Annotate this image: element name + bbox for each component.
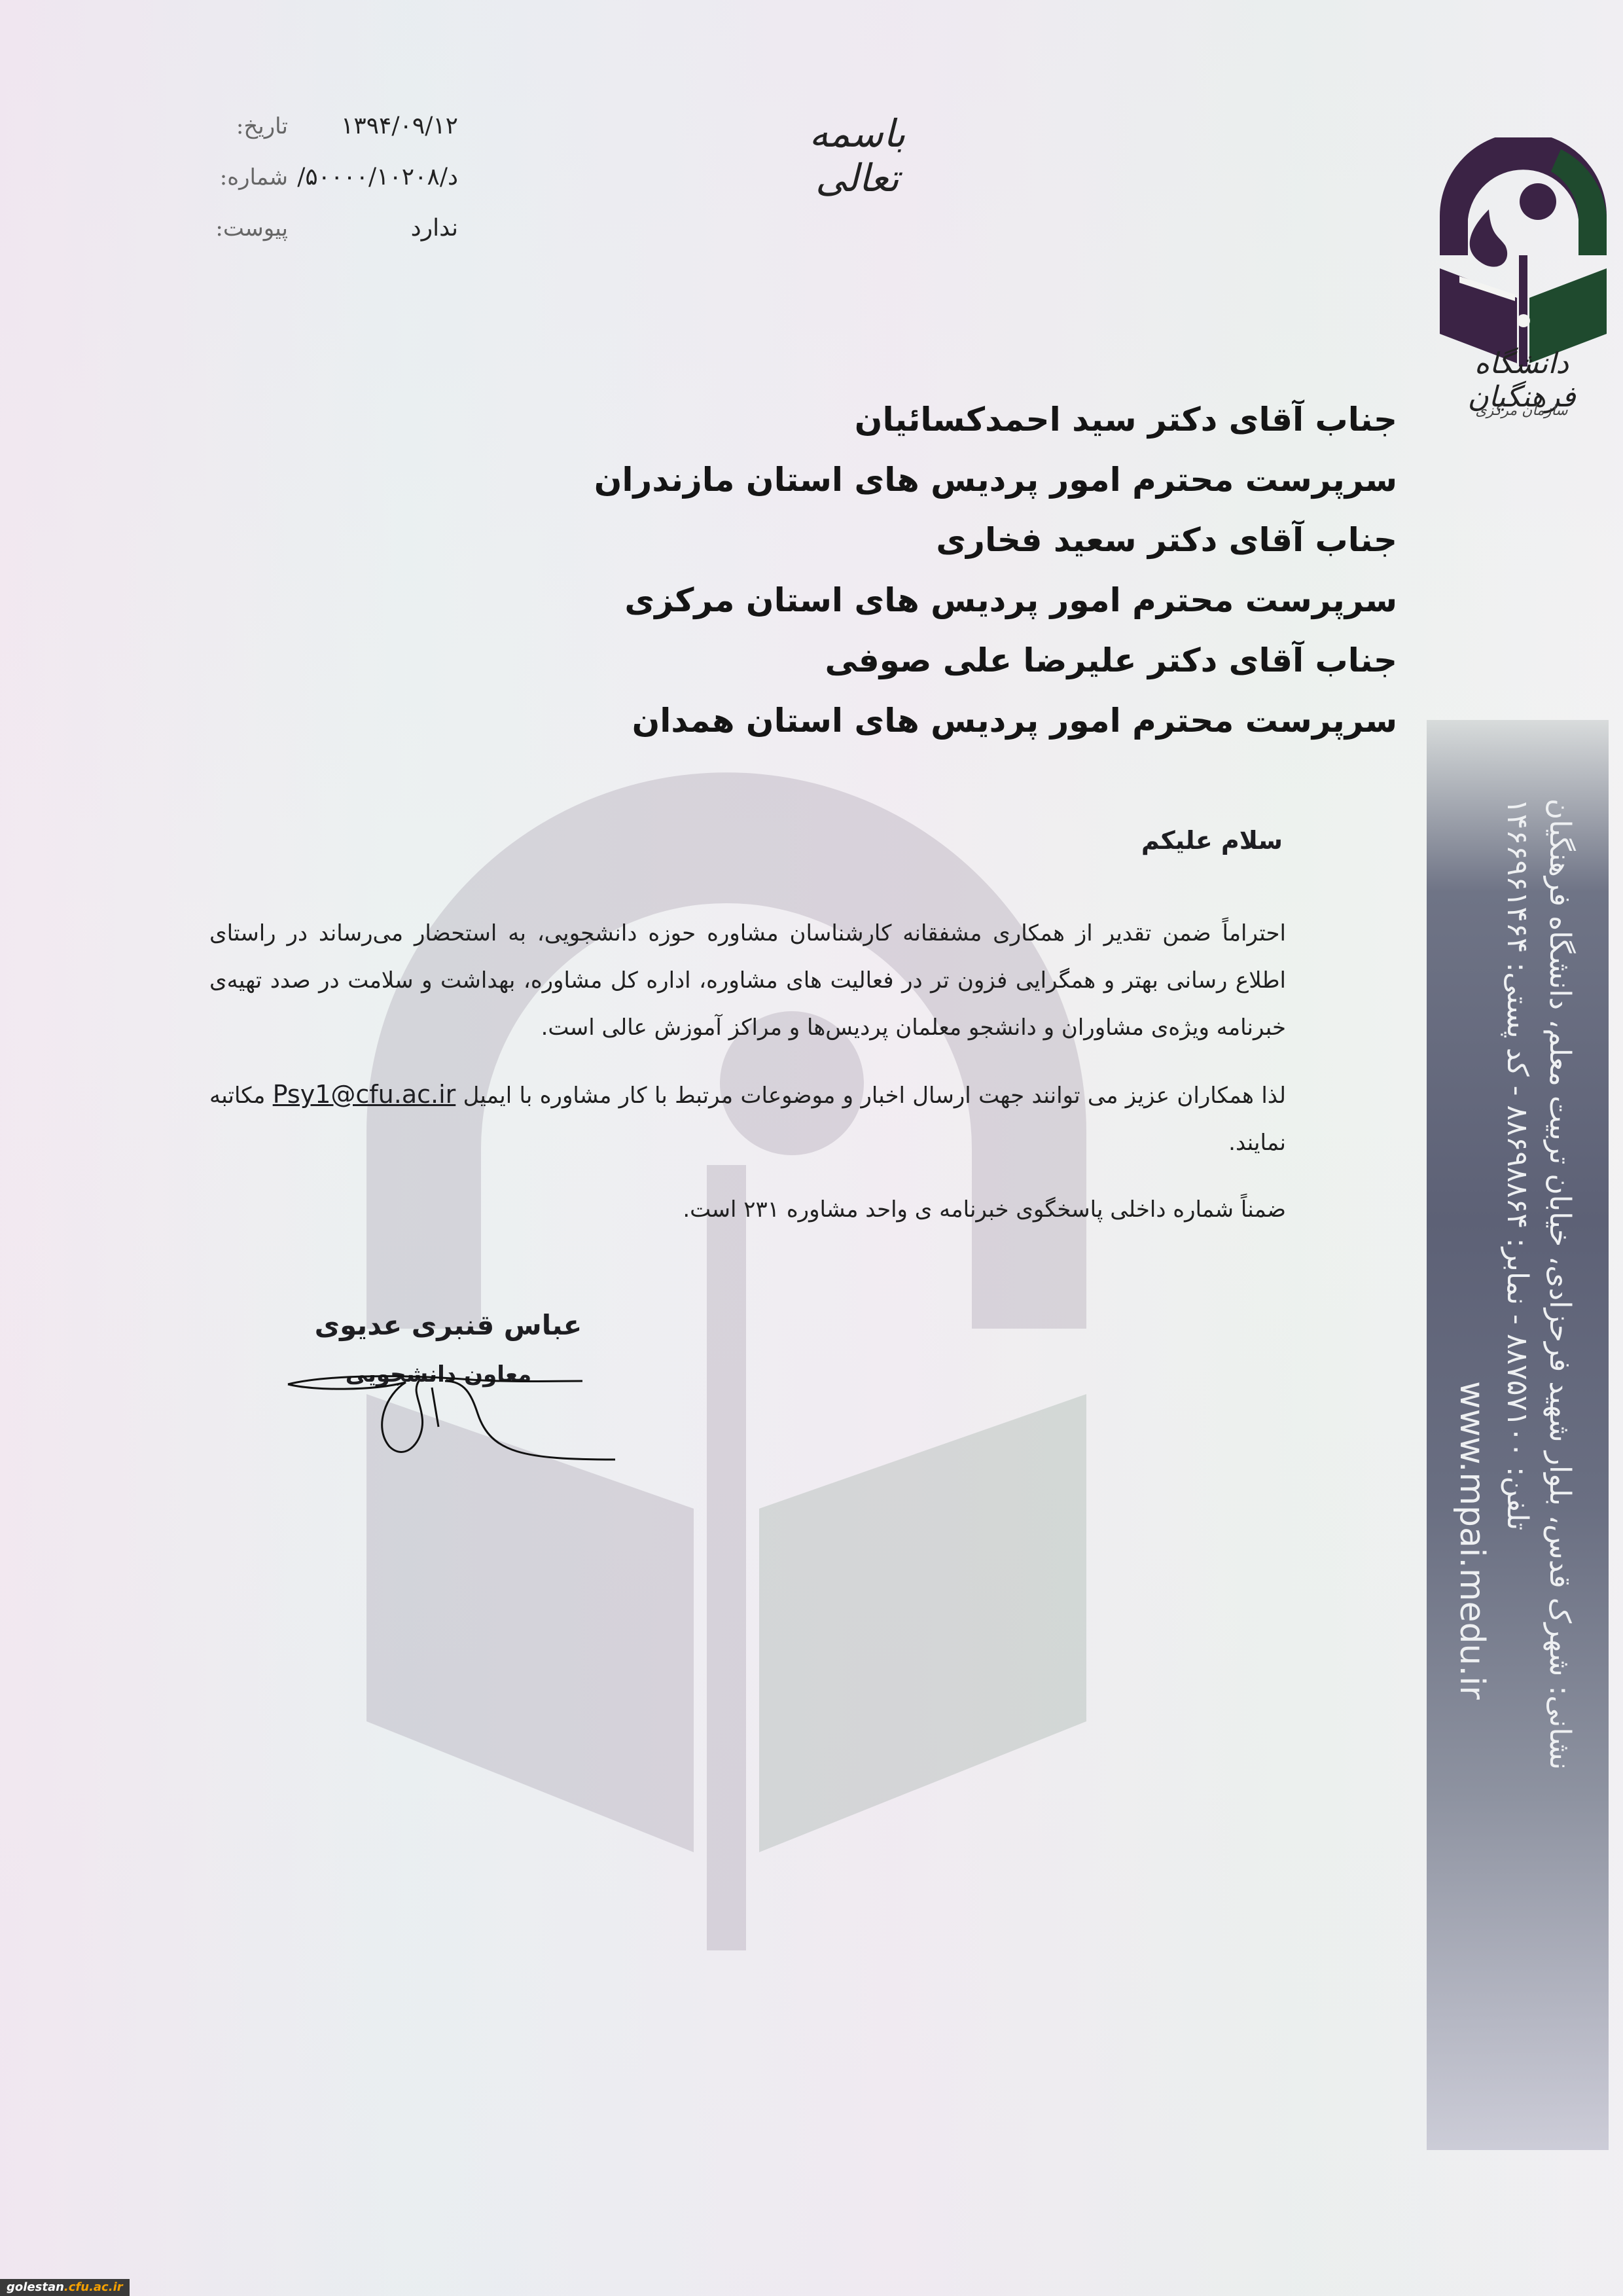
greeting: سلام علیکم — [1141, 826, 1283, 855]
body-paragraph-2: لذا همکاران عزیز می توانند جهت ارسال اخب… — [209, 1071, 1397, 1166]
basmala-heading: باسمه تعالی — [772, 111, 942, 200]
signatory-name: عباس قنبری عدیوی — [308, 1309, 589, 1341]
meta-attachment-label: پیوست: — [190, 215, 288, 242]
logo-subtitle: سازمان مرکزی — [1427, 403, 1616, 419]
recipient-line: جناب آقای دکتر سید احمدکسائیان — [481, 389, 1397, 450]
meta-attachment-value: ندارد — [288, 215, 484, 242]
recipient-line: سرپرست محترم امور پردیس های استان همدان — [481, 691, 1397, 751]
recipient-line: سرپرست محترم امور پردیس های استان مازندر… — [481, 450, 1397, 510]
email-link[interactable]: Psy1@cfu.ac.ir — [273, 1080, 456, 1109]
meta-date-value: ۱۳۹۴/۰۹/۱۲ — [288, 113, 484, 139]
meta-number-label: شماره: — [190, 164, 288, 190]
website-link[interactable]: www.mpai.medu.ir — [1452, 720, 1491, 2150]
meta-date-label: تاریخ: — [190, 113, 288, 139]
handwritten-signature-icon — [275, 1355, 615, 1486]
meta-attachment: پیوست: ندارد — [190, 215, 484, 266]
letter-meta: تاریخ: ۱۳۹۴/۰۹/۱۲ شماره: د/۵۰۰۰۰/۱۰۲۰۸/ … — [190, 113, 484, 266]
badge-part-2: .cfu.ac.ir — [64, 2280, 123, 2294]
contact-strip: نشانی: شهرک قدس، بلوار شهید فرحزادی، خیا… — [1427, 720, 1609, 2150]
contact-numbers: تلفن: ۸۸۷۵۷۱۰۰ - نمابر: ۸۸۶۹۸۸۶۴ - کد پس… — [1501, 720, 1534, 2150]
meta-number: شماره: د/۵۰۰۰۰/۱۰۲۰۸/ — [190, 164, 484, 215]
recipient-line: جناب آقای دکتر علیرضا علی صوفی — [481, 630, 1397, 691]
recipient-line: جناب آقای دکتر سعید فخاری — [481, 510, 1397, 570]
address-text: نشانی: شهرک قدس، بلوار شهید فرحزادی، خیا… — [1543, 720, 1577, 2150]
body-paragraph-3: ضمناً شماره داخلی پاسخگوی خبرنامه ی واحد… — [209, 1186, 1397, 1233]
body-paragraph-1: احتراماً ضمن تقدیر از همکاری مشفقانه کار… — [209, 910, 1397, 1051]
body-paragraph-2-text: لذا همکاران عزیز می توانند جهت ارسال اخب… — [463, 1083, 1286, 1109]
recipients-block: جناب آقای دکتر سید احمدکسائیان سرپرست مح… — [481, 389, 1397, 751]
meta-date: تاریخ: ۱۳۹۴/۰۹/۱۲ — [190, 113, 484, 164]
letter-body: احتراماً ضمن تقدیر از همکاری مشفقانه کار… — [209, 910, 1397, 1253]
watermark-badge: golestan.cfu.ac.ir — [0, 2279, 130, 2296]
meta-number-value: د/۵۰۰۰۰/۱۰۲۰۸/ — [288, 164, 484, 190]
badge-part-1: golestan — [7, 2280, 64, 2294]
recipient-line: سرپرست محترم امور پردیس های استان مرکزی — [481, 570, 1397, 630]
